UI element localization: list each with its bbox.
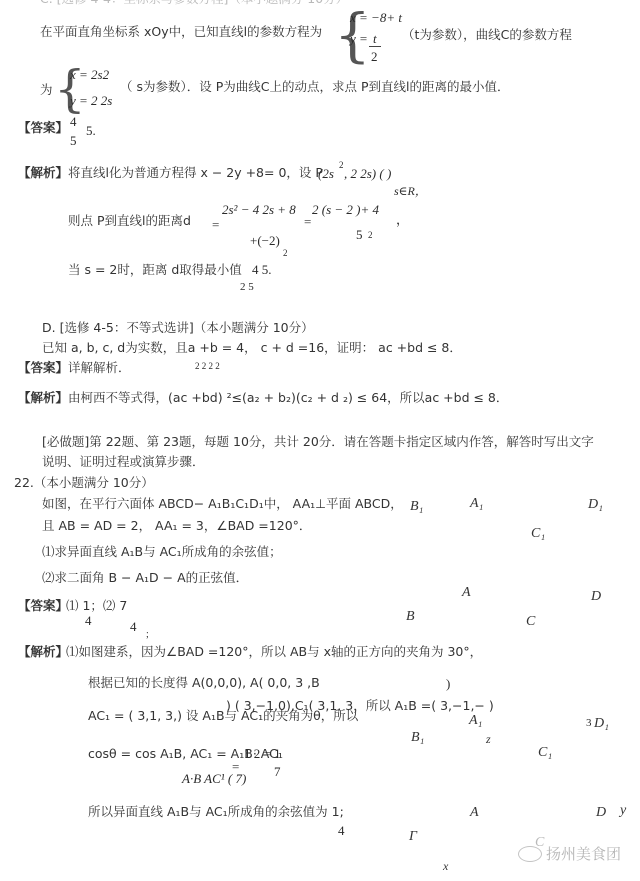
answer-text-d: 详解解析． [68,362,131,375]
distance-denominator-1: +(−2) [250,234,280,247]
answer-tail: 5. [86,124,96,137]
analysis-domain: s∈R， [394,185,427,197]
analysis-22-line2: 根据已知的长度得 A(0,0,0), A( 0,0, 3 ,B [88,677,320,690]
problem-c-line2-suffix: （ s为参数）．设 P为曲线C上的动点，求点 P到直线l的距离的最小值． [120,81,509,94]
analysis-line2-prefix: 则点 P到直线l的距离d [68,215,191,228]
figure2-label-a1: A₁ [469,714,482,728]
answer-label: 【答案】 [18,122,68,135]
equals-2: = [304,215,311,228]
figure-label-a: A [462,586,471,600]
answer-sub-2: 4 [130,620,137,633]
line-eq-y: y = [350,32,368,45]
distance-denominator-2: 5 [356,228,363,241]
analysis-22-frac-den: A·B AC¹ ( 7) [182,772,246,785]
distance-numerator-1: 2s² − 4 2s + 8 [222,203,296,216]
min-distance-sub: 2 5 [240,282,254,293]
line-eq-y-den: 2 [371,50,378,63]
problem-22-line2: 且 AB = AD = 2， AA₁ = 3，∠BAD =120°． [42,520,311,533]
answer-sub-1: 4 [85,614,92,627]
min-distance-value: 4 5. [252,263,272,276]
figure2-label-b1: B₁ [411,731,424,745]
analysis-point-part2: , 2 2s) ( ) [344,167,391,180]
problem-d-statement: 已知 a, b, c, d为实数，且a +b = 4， c + d =16，证明… [42,342,462,355]
watermark-text: 扬州美食团 [546,843,621,864]
answer-denominator: 5 [70,134,77,147]
problem-c-line1-prefix: 在平面直角坐标系 xOy中，已知直线l的参数方程为 [40,26,322,39]
answer-numerator: 4 [70,115,77,128]
analysis-line1: 将直线l化为普通方程得 x − 2y +8= 0，设 P [68,167,323,180]
problem-22-line1: 如图，在平行六面体 ABCD− A₁B₁C₁D₁中， AA₁⊥平面 ABCD， [42,498,403,511]
comma: ， [396,213,409,226]
analysis-22-line3b: AC₁ = ( 3,1, 3,) 设 A₁B与 AC₁的夹角为θ，所以 [88,710,358,723]
required-section-line2: 说明、证明过程或演算步骤． [42,456,205,469]
wechat-logo-icon [518,846,542,862]
analysis-label: 【解析】 [18,167,68,180]
answer-label-d: 【答案】 [18,362,68,375]
distance-denominator-2-sub: 2 [368,231,373,240]
problem-d-header: D. [选修 4-5：不等式选讲]（本小题满分 10分） [42,322,314,335]
figure2-label-x: x [443,860,448,872]
analysis-22-frac-den2: 7 [274,765,281,778]
figure2-label-d1: D₁ [594,717,609,731]
figure-label-d1: D₁ [588,498,603,512]
analysis-line3-prefix: 当 s = 2时，距离 d取得最小值 [68,264,242,277]
line-eq-y-num: t [373,32,377,45]
problem-22-header: 22.（本小题满分 10分） [14,477,154,490]
required-section-line1: [必做题]第 22题、第 23题，每题 10分，共计 20分．请在答题卡指定区域… [42,436,594,449]
sqrt3-mark: 3 [586,718,592,729]
analysis-22-line2-close: ) [446,677,450,690]
answer-label-22: 【答案】 [18,600,68,613]
fraction-bar [369,46,381,47]
figure-label-b1: B₁ [410,500,423,514]
figure-label-b: B [406,610,415,624]
curve-eq-y: y = 2 2s [70,94,112,107]
figure-label-c: C [526,615,535,629]
figure2-label-z: z [486,733,491,745]
problem-22-question-2: ⑵求二面角 B − A₁D − A的正弦值． [42,572,248,585]
analysis-text-d: 由柯西不等式得，(ac +bd) ²≤(a₂ + b₂)(c₂ + d ₂) ≤… [68,392,508,405]
analysis-22-frac-num: 1 2 = 1 [244,747,281,760]
analysis-point-part1: (2s [318,167,334,180]
equals-1: = [212,218,219,231]
figure2-label-b: Γ [409,830,417,844]
figure2-label-a: A [470,806,479,820]
cut-off-section-header: C. [选修 4-4：坐标系与参数方程]（本小题满分 10分） [40,0,348,6]
figure2-label-y: y [620,804,626,818]
analysis-22-line5: 所以异面直线 A₁B与 AC₁所成角的余弦值为 1; [88,806,344,819]
distance-numerator-2: 2 (s − 2 )+ 4 [312,203,379,216]
answer-mark: ; [146,630,149,640]
analysis-22-line5-sub: 4 [338,824,345,837]
analysis-label-22: 【解析】 [18,646,68,659]
problem-22-question-1: ⑴求异面直线 A₁B与 AC₁所成角的余弦值； [42,546,282,559]
figure-label-a1: A₁ [470,497,483,511]
figure2-label-d: D [596,806,606,820]
superscript-2: 2 [283,249,288,258]
analysis-22-line1: ⑴如图建系，因为∠BAD =120°，所以 AB与 x轴的正方向的夹角为 30°… [66,646,482,659]
analysis-label-d: 【解析】 [18,392,68,405]
line-eq-x: x = −8+ t [350,11,402,24]
answer-text-22: ⑴ 1；⑵ 7 [66,600,127,613]
problem-c-line1-suffix: （t为参数），曲线C的参数方程 [402,29,572,42]
figure-label-d: D [591,590,601,604]
figure2-label-c1: C₁ [538,746,552,760]
problem-d-statement-superscripts: 2 2 2 2 [195,362,220,371]
problem-c-line2-prefix: 为 [40,84,53,97]
curve-eq-x: x = 2s2 [70,68,109,81]
analysis-point-sup: 2 [339,161,344,170]
figure-label-c1: C₁ [531,527,545,541]
